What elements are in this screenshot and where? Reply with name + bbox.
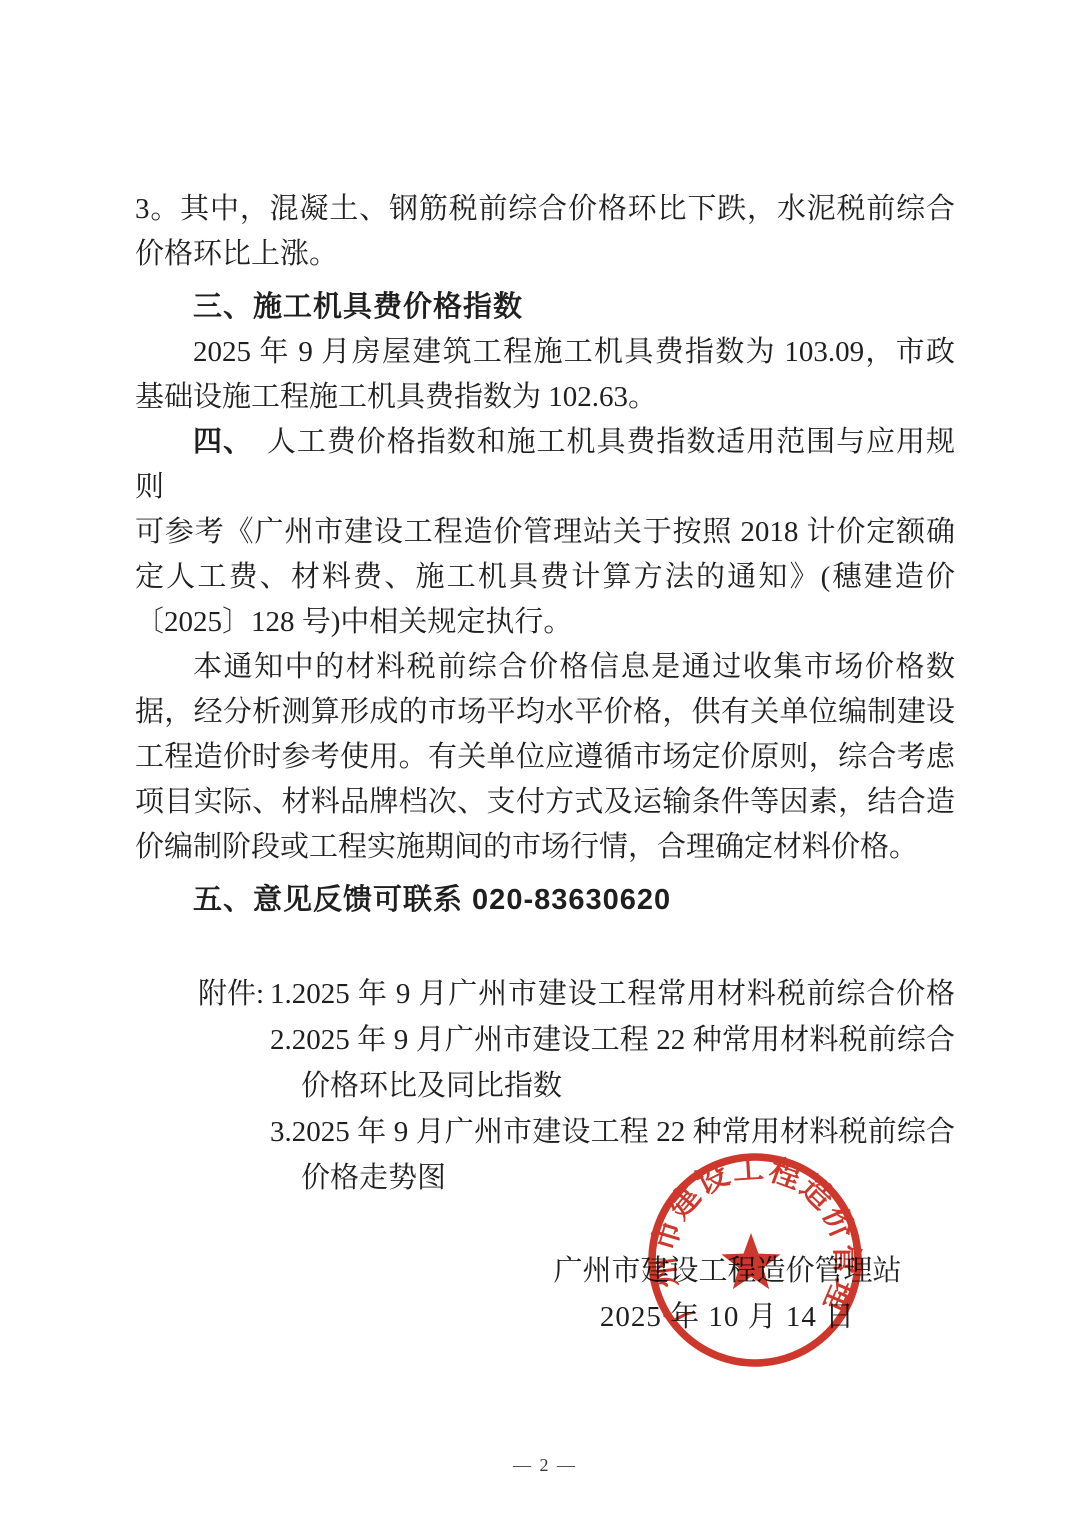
paragraph-section-four: 四、人工费价格指数和施工机具费指数适用范围与应用规则 可参考《广州市建设工程造价… [135, 420, 955, 645]
attachments-label: 附件: [198, 971, 270, 1017]
signature-date: 2025 年 10 月 14 日 [500, 1294, 955, 1340]
body-line: 〔2025〕128 号)中相关规定执行。 [135, 600, 955, 645]
paragraph-machinery-index: 2025 年 9 月房屋建筑工程施工机具费指数为 103.09，市政 基础设施工… [135, 330, 955, 420]
body-line: 2025 年 9 月房屋建筑工程施工机具费指数为 103.09，市政 [135, 330, 955, 375]
attachments-list: 1.2025 年 9 月广州市建设工程常用材料税前综合价格 2.2025 年 9… [270, 971, 955, 1201]
paragraph-price-note: 本通知中的材料税前综合价格信息是通过收集市场价格数 据，经分析测算形成的市场平均… [135, 645, 955, 870]
page-number: — 2 — [135, 1452, 955, 1478]
heading-section-five: 五、意见反馈可联系 020-83630620 [135, 878, 955, 923]
attachment-line: 3.2025 年 9 月广州市建设工程 22 种常用材料税前综合 [270, 1109, 955, 1155]
paragraph-continued: 3。其中，混凝土、钢筋税前综合价格环比下跌，水泥税前综合 价格环比上涨。 [135, 187, 955, 277]
body-line: 基础设施工程施工机具费指数为 102.63。 [135, 375, 955, 420]
document-page: 3。其中，混凝土、钢筋税前综合价格环比下跌，水泥税前综合 价格环比上涨。 三、施… [0, 0, 1080, 1527]
body-line: 可参考《广州市建设工程造价管理站关于按照 2018 计价定额确 [135, 510, 955, 555]
body-line: 工程造价时参考使用。有关单位应遵循市场定价原则，综合考虑 [135, 735, 955, 780]
body-line: 项目实际、材料品牌档次、支付方式及运输条件等因素，结合造 [135, 780, 955, 825]
body-line: 本通知中的材料税前综合价格信息是通过收集市场价格数 [135, 645, 955, 690]
body-line: 价编制阶段或工程实施期间的市场行情，合理确定材料价格。 [135, 825, 955, 870]
body-line: 价格环比上涨。 [135, 232, 955, 277]
body-line: 四、人工费价格指数和施工机具费指数适用范围与应用规则 [135, 420, 955, 510]
document-body: 3。其中，混凝土、钢筋税前综合价格环比下跌，水泥税前综合 价格环比上涨。 三、施… [135, 0, 955, 1478]
attachment-item: 3.2025 年 9 月广州市建设工程 22 种常用材料税前综合 价格走势图 [270, 1109, 955, 1201]
signature-block: 广州市建设工程造价管理站 2025 年 10 月 14 日 [500, 1248, 955, 1340]
attachment-item: 1.2025 年 9 月广州市建设工程常用材料税前综合价格 [270, 971, 955, 1017]
section-four-lead: 四、 [193, 426, 267, 458]
attachment-line: 2.2025 年 9 月广州市建设工程 22 种常用材料税前综合 [270, 1017, 955, 1063]
attachment-line: 价格环比及同比指数 [301, 1063, 955, 1109]
attachment-line: 价格走势图 [301, 1155, 955, 1201]
signature-organization: 广州市建设工程造价管理站 [500, 1248, 955, 1294]
body-line: 定人工费、材料费、施工机具费计算方法的通知》(穗建造价 [135, 555, 955, 600]
attachments-block: 附件: 1.2025 年 9 月广州市建设工程常用材料税前综合价格 2.2025… [135, 971, 955, 1201]
attachment-line: 1.2025 年 9 月广州市建设工程常用材料税前综合价格 [270, 971, 955, 1017]
heading-section-three: 三、施工机具费价格指数 [135, 285, 955, 330]
body-line: 3。其中，混凝土、钢筋税前综合价格环比下跌，水泥税前综合 [135, 187, 955, 232]
attachment-item: 2.2025 年 9 月广州市建设工程 22 种常用材料税前综合 价格环比及同比… [270, 1017, 955, 1109]
body-line: 据，经分析测算形成的市场平均水平价格，供有关单位编制建设 [135, 690, 955, 735]
